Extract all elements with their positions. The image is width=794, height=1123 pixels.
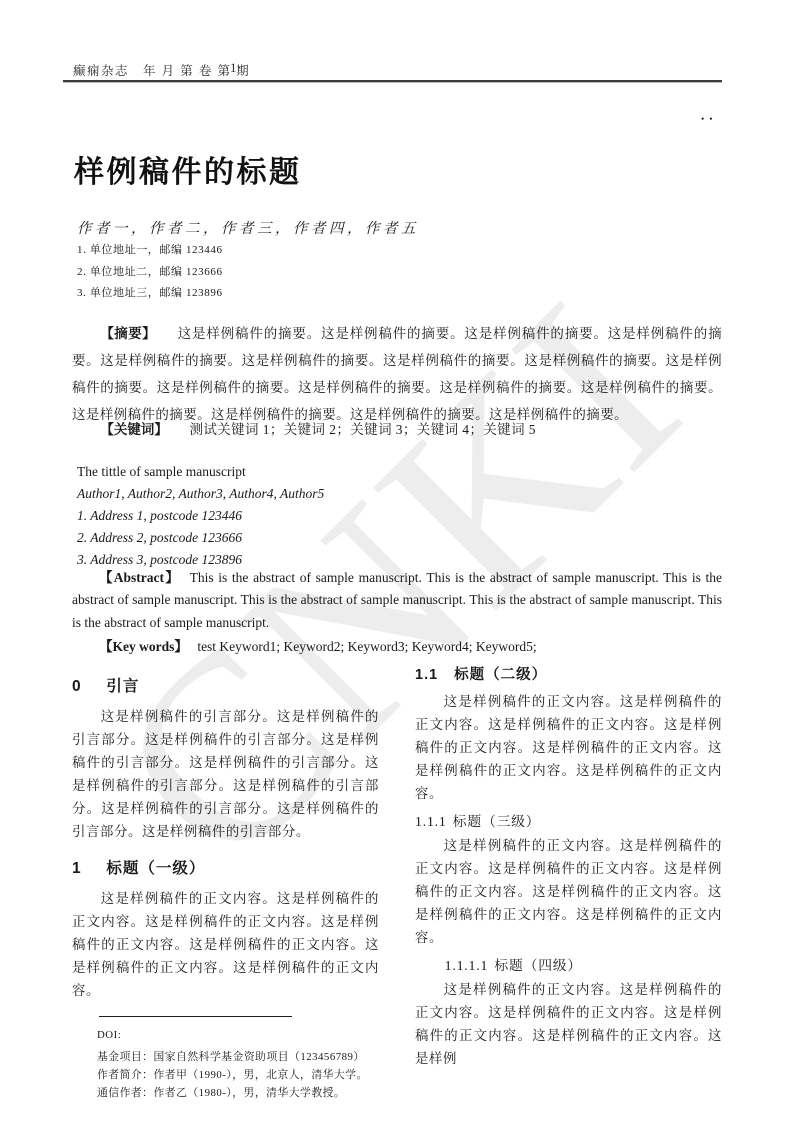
heading-title: 标题（四级） [494,958,582,973]
abstract-cn-label: 【摘要】 [100,326,156,341]
heading-title: 标题（三级） [453,814,541,829]
page-number: ·1· [225,61,243,76]
abstract-cn-text: 这是样例稿件的摘要。这是样例稿件的摘要。这是样例稿件的摘要。这是样例稿件的摘要。… [72,326,722,422]
heading-introduction: 0引言 [72,674,379,696]
header-rule-light [63,82,722,83]
article-title-en: The tittle of sample manuscript [77,461,324,483]
two-column-body: 0引言 这是样例稿件的引言部分。这是样例稿件的引言部分。这是样例稿件的引言部分。… [72,658,722,1102]
abstract-en: 【Abstract】This is the abstract of sample… [72,567,722,634]
keywords-cn-label: 【关键词】 [100,422,168,437]
english-front-matter: The tittle of sample manuscript Author1,… [77,461,324,571]
keywords-en-label: 【Key words】 [99,639,188,654]
authors-cn: 作者一，作者二，作者三，作者四，作者五 [77,217,419,238]
affiliation-cn-3: 3. 单位地址三，邮编 123896 [77,283,223,305]
authors-en: Author1, Author2, Author3, Author4, Auth… [77,483,324,505]
footnote-block: DOI: 基金项目：国家自然科学基金资助项目（123456789） 作者简介：作… [72,1016,379,1102]
abstract-en-label: 【Abstract】 [99,570,180,585]
header-rule [63,80,722,83]
keywords-en-text: test Keyword1; Keyword2; Keyword3; Keywo… [197,639,536,654]
introduction-paragraph: 这是样例稿件的引言部分。这是样例稿件的引言部分。这是样例稿件的引言部分。这是样例… [72,705,379,843]
footnote-rule [99,1016,292,1017]
running-head: 癫痫杂志 年 月 第 卷 第 期 ·1· [73,61,723,79]
heading-number: 1.1.1.1 [445,958,489,973]
right-column: 1.1标题（二级） 这是样例稿件的正文内容。这是样例稿件的正文内容。这是样例稿件… [415,658,722,1102]
fund-line: 基金项目：国家自然科学基金资助项目（123456789） [97,1048,379,1066]
heading-level4: 1.1.1.1标题（四级） [415,954,722,974]
heading-title: 标题（二级） [454,667,547,683]
keywords-en: 【Key words】test Keyword1; Keyword2; Keyw… [72,636,722,658]
doi-line: DOI: [97,1029,379,1041]
heading-number: 1.1 [415,667,438,683]
body-paragraph-level4: 这是样例稿件的正文内容。这是样例稿件的正文内容。这是样例稿件的正文内容。这是样例… [415,978,722,1070]
affiliation-en-1: 1. Address 1, postcode 123446 [77,505,324,527]
keywords-cn: 【关键词】测试关键词 1；关键词 2；关键词 3；关键词 4；关键词 5 [72,416,722,443]
abstract-cn: 【摘要】这是样例稿件的摘要。这是样例稿件的摘要。这是样例稿件的摘要。这是样例稿件… [72,320,722,428]
affiliation-en-2: 2. Address 2, postcode 123666 [77,527,324,549]
heading-number: 0 [72,678,82,695]
corresponding-author-line: 通信作者：作者乙（1980-），男，清华大学教授。 [97,1084,379,1102]
corner-dots: ∙∙ [701,111,718,127]
body-paragraph-level2: 这是样例稿件的正文内容。这是样例稿件的正文内容。这是样例稿件的正文内容。这是样例… [415,690,722,805]
affiliation-cn-1: 1. 单位地址一，邮编 123446 [77,240,223,262]
body-paragraph-level1: 这是样例稿件的正文内容。这是样例稿件的正文内容。这是样例稿件的正文内容。这是样例… [72,887,379,1002]
body-paragraph-level3: 这是样例稿件的正文内容。这是样例稿件的正文内容。这是样例稿件的正文内容。这是样例… [415,834,722,949]
affiliation-cn-2: 2. 单位地址二，邮编 123666 [77,262,223,284]
heading-level1: 1标题（一级） [72,856,379,878]
heading-number: 1 [72,860,82,877]
article-title-cn: 样例稿件的标题 [74,147,302,191]
author-bio-line: 作者简介：作者甲（1990-），男，北京人，清华大学。 [97,1066,379,1084]
affiliations-cn: 1. 单位地址一，邮编 123446 2. 单位地址二，邮编 123666 3.… [77,240,223,305]
heading-level3: 1.1.1标题（三级） [415,810,722,830]
heading-title: 引言 [106,678,139,695]
heading-number: 1.1.1 [415,814,447,829]
left-column: 0引言 这是样例稿件的引言部分。这是样例稿件的引言部分。这是样例稿件的引言部分。… [72,658,379,1102]
keywords-cn-text: 测试关键词 1；关键词 2；关键词 3；关键词 4；关键词 5 [189,422,536,437]
journal-name: 癫痫杂志 年 月 第 卷 第 期 [73,64,250,78]
manuscript-page: CNKI 癫痫杂志 年 月 第 卷 第 期 ·1· ∙∙ 样例稿件的标题 作者一… [0,0,794,1123]
heading-level2: 1.1标题（二级） [415,663,722,684]
heading-title: 标题（一级） [106,860,205,877]
